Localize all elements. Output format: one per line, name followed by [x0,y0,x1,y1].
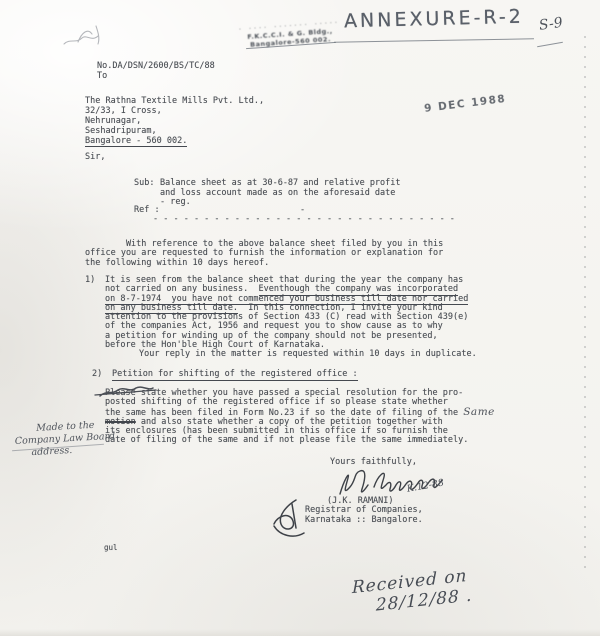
pen-flourish [266,498,312,542]
item2-heading: Petition for shifting of the registered … [112,370,358,379]
text-line: - reg. [160,198,401,208]
margin-note: Made to the Company Law Board address. [14,419,116,460]
signer-title: Registrar of Companies,Karnataka :: Bang… [305,506,423,525]
dashed-divider: - - - - - - - - - - - - - - - - - - - - … [153,215,455,224]
address-block: The Rathna Textile Mills Pvt. Ltd.,32/33… [85,97,264,147]
text-line: Petition for shifting of the registered … [112,370,358,379]
intro-paragraph: With reference to the above balance shee… [85,240,443,268]
pen-scribble-top-left [58,18,116,56]
text-line: Karnataka :: Bangalore. [305,516,423,526]
item2-paragraph: Please state whether you have passed a s… [105,389,495,446]
annexure-heading: ANNEXURE-R-2 [344,6,524,33]
fold-mark [584,36,586,571]
salutation: Sir, [85,153,105,162]
reply-line: Your reply in the matter is requested wi… [139,350,477,359]
typist-initials: gul [104,543,118,552]
text-line: date of filing of the same and if not pl… [105,436,495,445]
date-stamp: 9 DEC 1988 [424,93,507,115]
reference-number: No.DA/DSN/2600/BS/TC/88 [97,62,215,71]
item1-number: 1) [85,276,95,285]
to-label: To [97,72,107,81]
pen-scribble-struck [92,382,160,404]
received-note: Received on 28/12/88 . [352,565,473,618]
item2-number: 2) [92,370,102,379]
text-line: the following within 10 days hereof. [85,259,443,268]
text-line: posted shifting of the registered office… [105,398,495,407]
item1-paragraph: It is seen from the balance sheet that d… [105,276,468,350]
subject-label: Sub: [134,179,154,188]
text-line: Bangalore - 560 002. [85,137,264,147]
text-line: and loss account made as on the aforesai… [160,189,401,199]
subject-block: Balance sheet as at 30-6-87 and relative… [160,179,401,208]
pen-underline [537,42,563,47]
scanned-letter-page: · ···· ······· ····· F.K.C.C.I. & G. Bld… [0,0,600,636]
corner-mark: S-9 [538,15,564,34]
